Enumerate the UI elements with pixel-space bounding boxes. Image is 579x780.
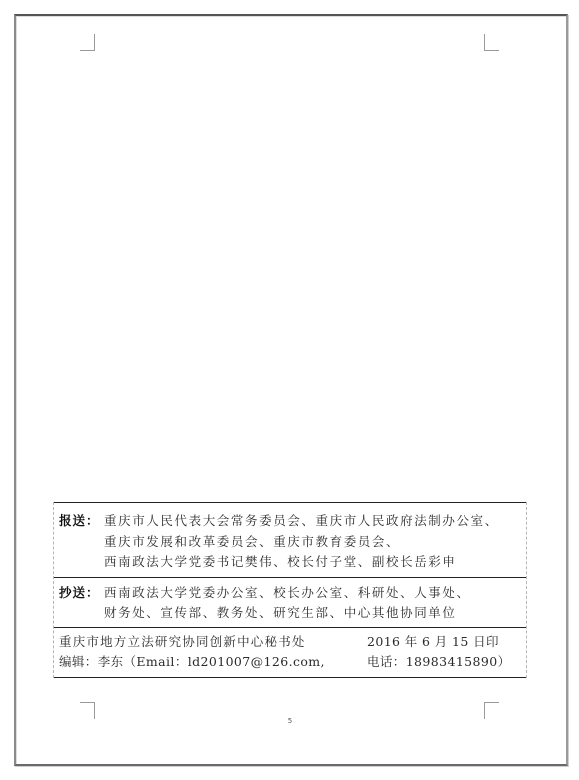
crop-mark-top-left: [80, 34, 95, 51]
page-number: 5: [283, 717, 297, 725]
distribution-table: 报送： 重庆市人民代表大会常务委员会、重庆市人民政府法制办公室、 重庆市发展和改…: [53, 502, 527, 678]
crop-mark-top-right: [484, 34, 499, 51]
issuer-section: 重庆市地方立法研究协同创新中心秘书处 2016 年 6 月 15 日印 编辑：李…: [54, 627, 526, 678]
editor-phone: 电话：18983415890）: [367, 654, 510, 670]
copy-to-line: 财务处、宣传部、教务处、研究生部、中心其他协同单位: [104, 605, 457, 621]
report-to-line: 重庆市发展和改革委员会、重庆市教育委员会、: [104, 534, 400, 550]
copy-to-line: 西南政法大学党委办公室、校长办公室、科研处、人事处、: [104, 585, 471, 601]
print-date: 2016 年 6 月 15 日印: [367, 634, 499, 650]
crop-mark-bottom-left: [80, 702, 95, 719]
report-to-section: 报送： 重庆市人民代表大会常务委员会、重庆市人民政府法制办公室、 重庆市发展和改…: [54, 502, 526, 577]
copy-to-label: 抄送：: [59, 585, 100, 601]
issuer-name: 重庆市地方立法研究协同创新中心秘书处: [59, 634, 306, 650]
editor-contact: 编辑：李东（Email：ld201007@126.com,: [59, 654, 325, 670]
report-to-line: 重庆市人民代表大会常务委员会、重庆市人民政府法制办公室、: [104, 513, 499, 529]
report-to-label: 报送：: [59, 513, 100, 529]
crop-mark-bottom-right: [484, 702, 499, 719]
copy-to-section: 抄送： 西南政法大学党委办公室、校长办公室、科研处、人事处、 财务处、宣传部、教…: [54, 577, 526, 627]
report-to-line: 西南政法大学党委书记樊伟、校长付子堂、副校长岳彩申: [104, 554, 457, 570]
